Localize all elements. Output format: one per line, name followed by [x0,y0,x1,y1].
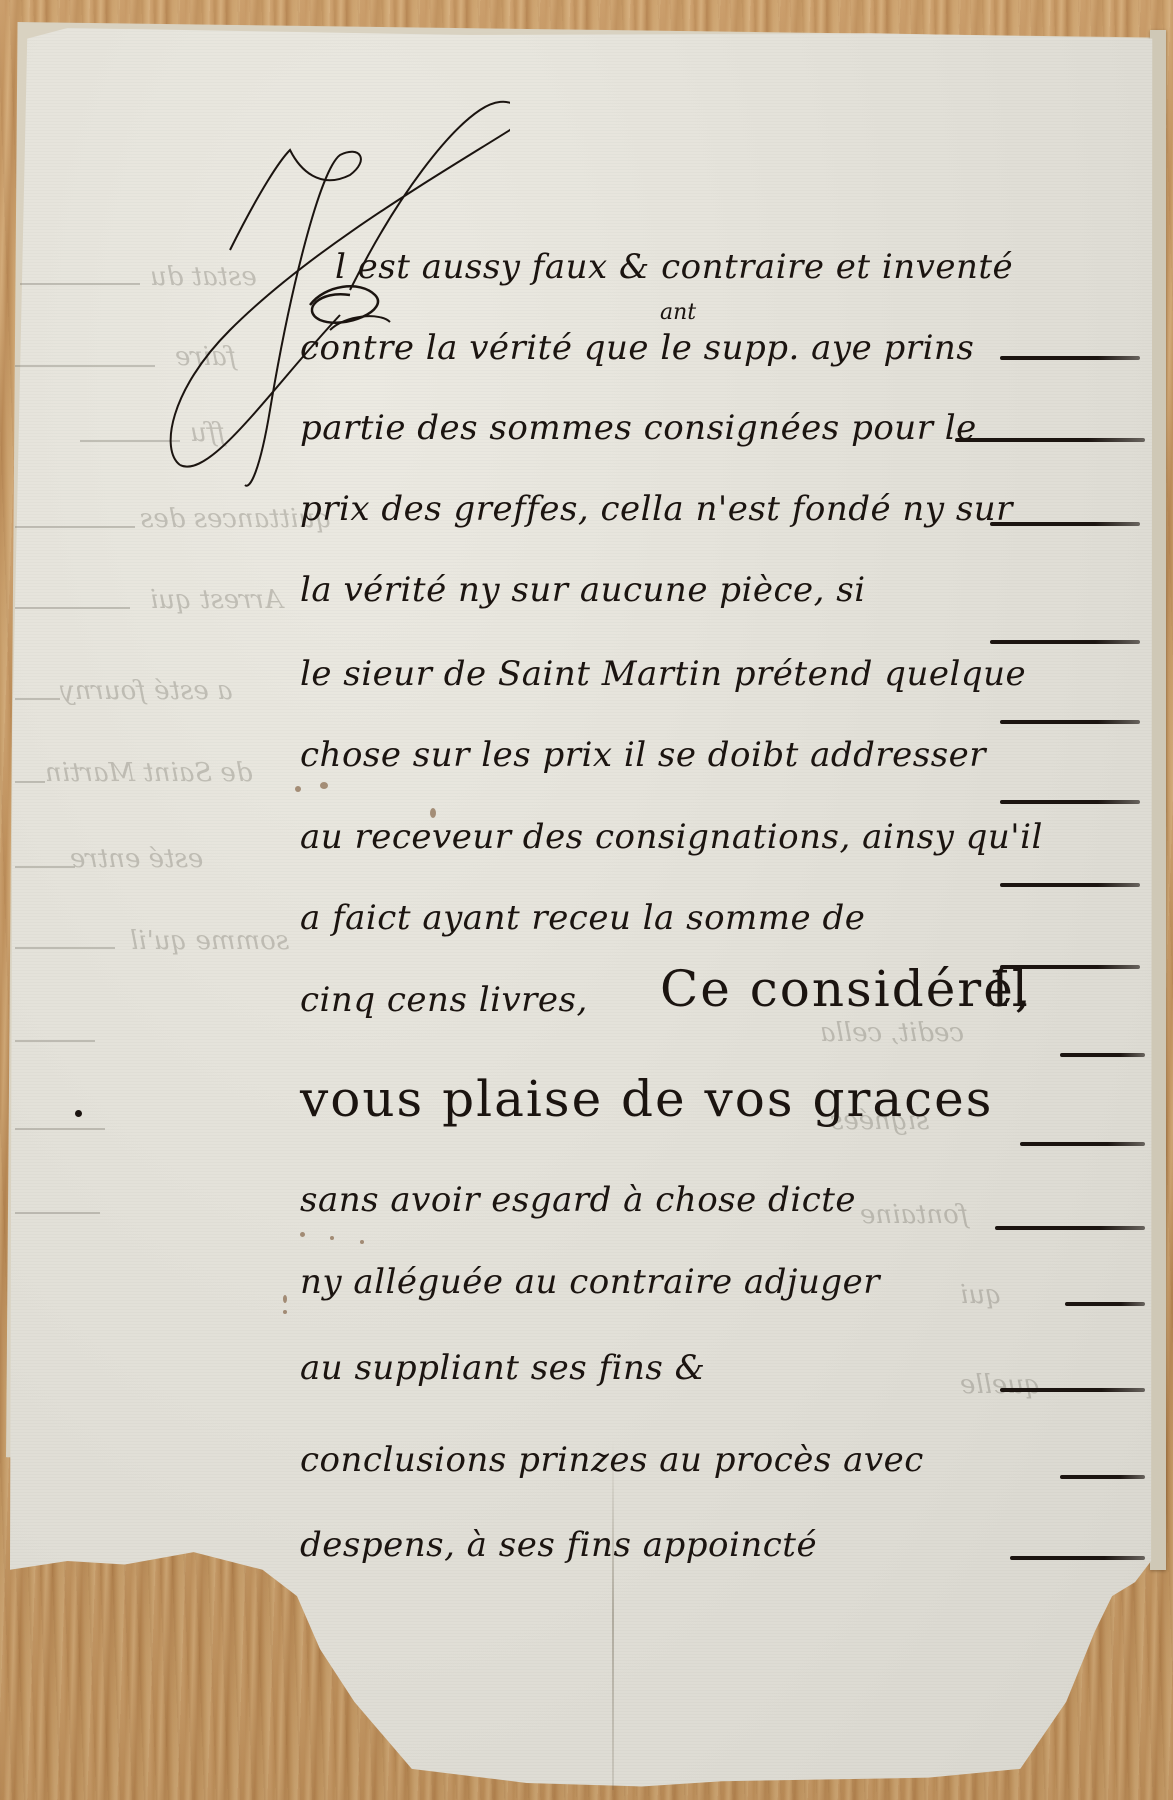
text-line: contre la vérité que le supp. aye prins [300,328,974,368]
text-line: l est aussy faux & contraire et inventé [335,247,1013,287]
text-line: sans avoir esgard à chose dicte [300,1180,856,1220]
line-filler-stroke [1000,883,1140,887]
text-line: au suppliant ses fins & [300,1348,705,1388]
ink-spot [320,782,328,789]
bleed-text: fontaine [860,1200,968,1230]
bleed-rule [15,781,45,783]
line-filler-stroke [1000,356,1140,360]
ink-spot [330,1236,334,1240]
bleed-rule [15,365,155,367]
bleed-rule [15,1212,100,1214]
line-filler-stroke [1065,1302,1145,1306]
bleed-text: Arrest qui [150,585,283,615]
ink-spot [360,1240,364,1244]
text-line: prix des greffes, cella n'est fondé ny s… [300,489,1013,529]
ink-spot [295,786,301,792]
bleed-text: a esté fourny [60,676,232,706]
line-filler-stroke [1000,720,1140,724]
bleed-text: somme qu'il [130,926,289,956]
line-filler-stroke [990,522,1140,526]
bleed-text: quelle [960,1370,1041,1400]
ink-spot [300,1232,305,1237]
line-filler-stroke [1020,1142,1145,1146]
text-line: vous plaise de vos graces [300,1070,993,1128]
text-line: conclusions prinzes au procès avec [300,1440,924,1480]
bleed-text: esté entre [70,844,203,874]
ink-spot [283,1295,287,1303]
line-filler-stroke [995,1226,1145,1230]
ink-spot [75,1110,82,1117]
il-emphasis: Il [990,960,1030,1018]
fold-crease [612,1440,614,1790]
bleed-rule [15,607,130,609]
text-line: le sieur de Saint Martin prétend quelque [300,654,1026,694]
text-line: despens, à ses fins appoincté [300,1525,817,1565]
superscript-abbreviation: ant [660,300,696,325]
line-filler-stroke [1000,800,1140,804]
ink-spot [430,808,436,818]
line-filler-stroke [1060,1053,1145,1057]
bleed-text: de Saint Martin [45,758,252,788]
bleed-rule [15,1040,95,1042]
text-line: la vérité ny sur aucune pièce, si [300,570,866,610]
line-filler-stroke [955,438,1145,442]
bleed-rule [15,698,60,700]
ink-spot [283,1310,287,1314]
text-line: chose sur les prix il se doibt addresser [300,735,986,775]
underlying-page-edge [1150,30,1166,1570]
line-filler-stroke [1060,1475,1145,1479]
text-line: cinq cens livres, [300,980,588,1020]
bleed-rule [20,283,140,285]
bleed-rule [15,947,115,949]
bleed-rule [15,866,75,868]
text-line: ny alléguée au contraire adjuger [300,1262,880,1302]
bleed-rule [15,526,135,528]
text-line: au receveur des consignations, ainsy qu'… [300,817,1043,857]
text-line: partie des sommes consignées pour le [300,408,977,448]
text-line: a faict ayant receu la somme de [300,898,865,938]
ce-considere-heading: Ce considéré, [660,960,1033,1018]
bleed-text: cedit, cella [820,1018,964,1048]
line-filler-stroke [1010,1556,1145,1560]
bleed-rule [15,1128,105,1130]
bleed-text: qui [960,1280,1002,1310]
line-filler-stroke [1000,1388,1145,1392]
line-filler-stroke [990,640,1140,644]
